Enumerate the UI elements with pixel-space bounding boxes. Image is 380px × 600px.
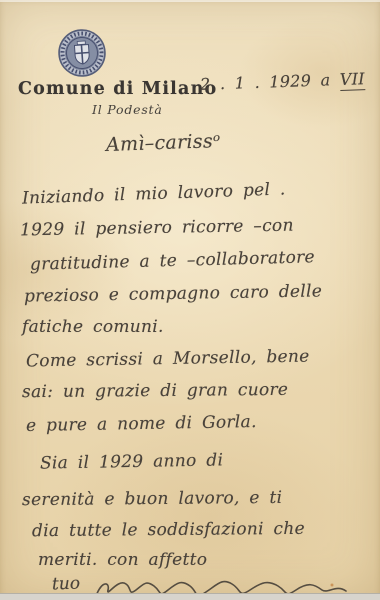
scan-edge-top xyxy=(0,0,380,2)
date-line: 2 . 1 . 1929 a VII xyxy=(200,69,365,94)
comune-di-milano-seal-icon xyxy=(56,27,107,78)
handwritten-line: Sia il 1929 anno di xyxy=(40,450,224,473)
handwritten-line: meriti. con affetto xyxy=(38,550,207,570)
letterhead-office: Il Podestà xyxy=(92,102,163,117)
letterhead-organization: Comune di Milano xyxy=(18,79,198,99)
scanned-letter-page: Comune di Milano Il Podestà 2 . 1 . 1929… xyxy=(0,0,380,600)
handwritten-line: sai: un grazie di gran cuore xyxy=(22,380,288,402)
handwritten-line: Come scrissi a Morsello, bene xyxy=(26,347,310,372)
handwritten-line: e pure a nome di Gorla. xyxy=(26,412,257,436)
handwritten-line: prezioso e compagno caro delle xyxy=(24,281,322,306)
scan-edge-bottom xyxy=(0,593,380,600)
date-era-year: VII xyxy=(339,69,365,91)
handwritten-line: fatiche comuni. xyxy=(22,317,164,337)
signature-prefix: tuo xyxy=(52,574,81,595)
date-main: 2 . 1 . 1929 a xyxy=(200,70,331,94)
handwritten-line: Iniziando il mio lavoro pel . xyxy=(22,179,286,208)
handwritten-line: 1929 il pensiero ricorre –con xyxy=(20,216,294,241)
handwritten-line: gratitudine a te –collaboratore xyxy=(30,247,315,274)
salutation: Amì–carissᵒ xyxy=(106,130,221,156)
handwritten-line: serenità e buon lavoro, e ti xyxy=(22,488,282,510)
handwritten-line: dia tutte le soddisfazioni che xyxy=(32,519,305,541)
